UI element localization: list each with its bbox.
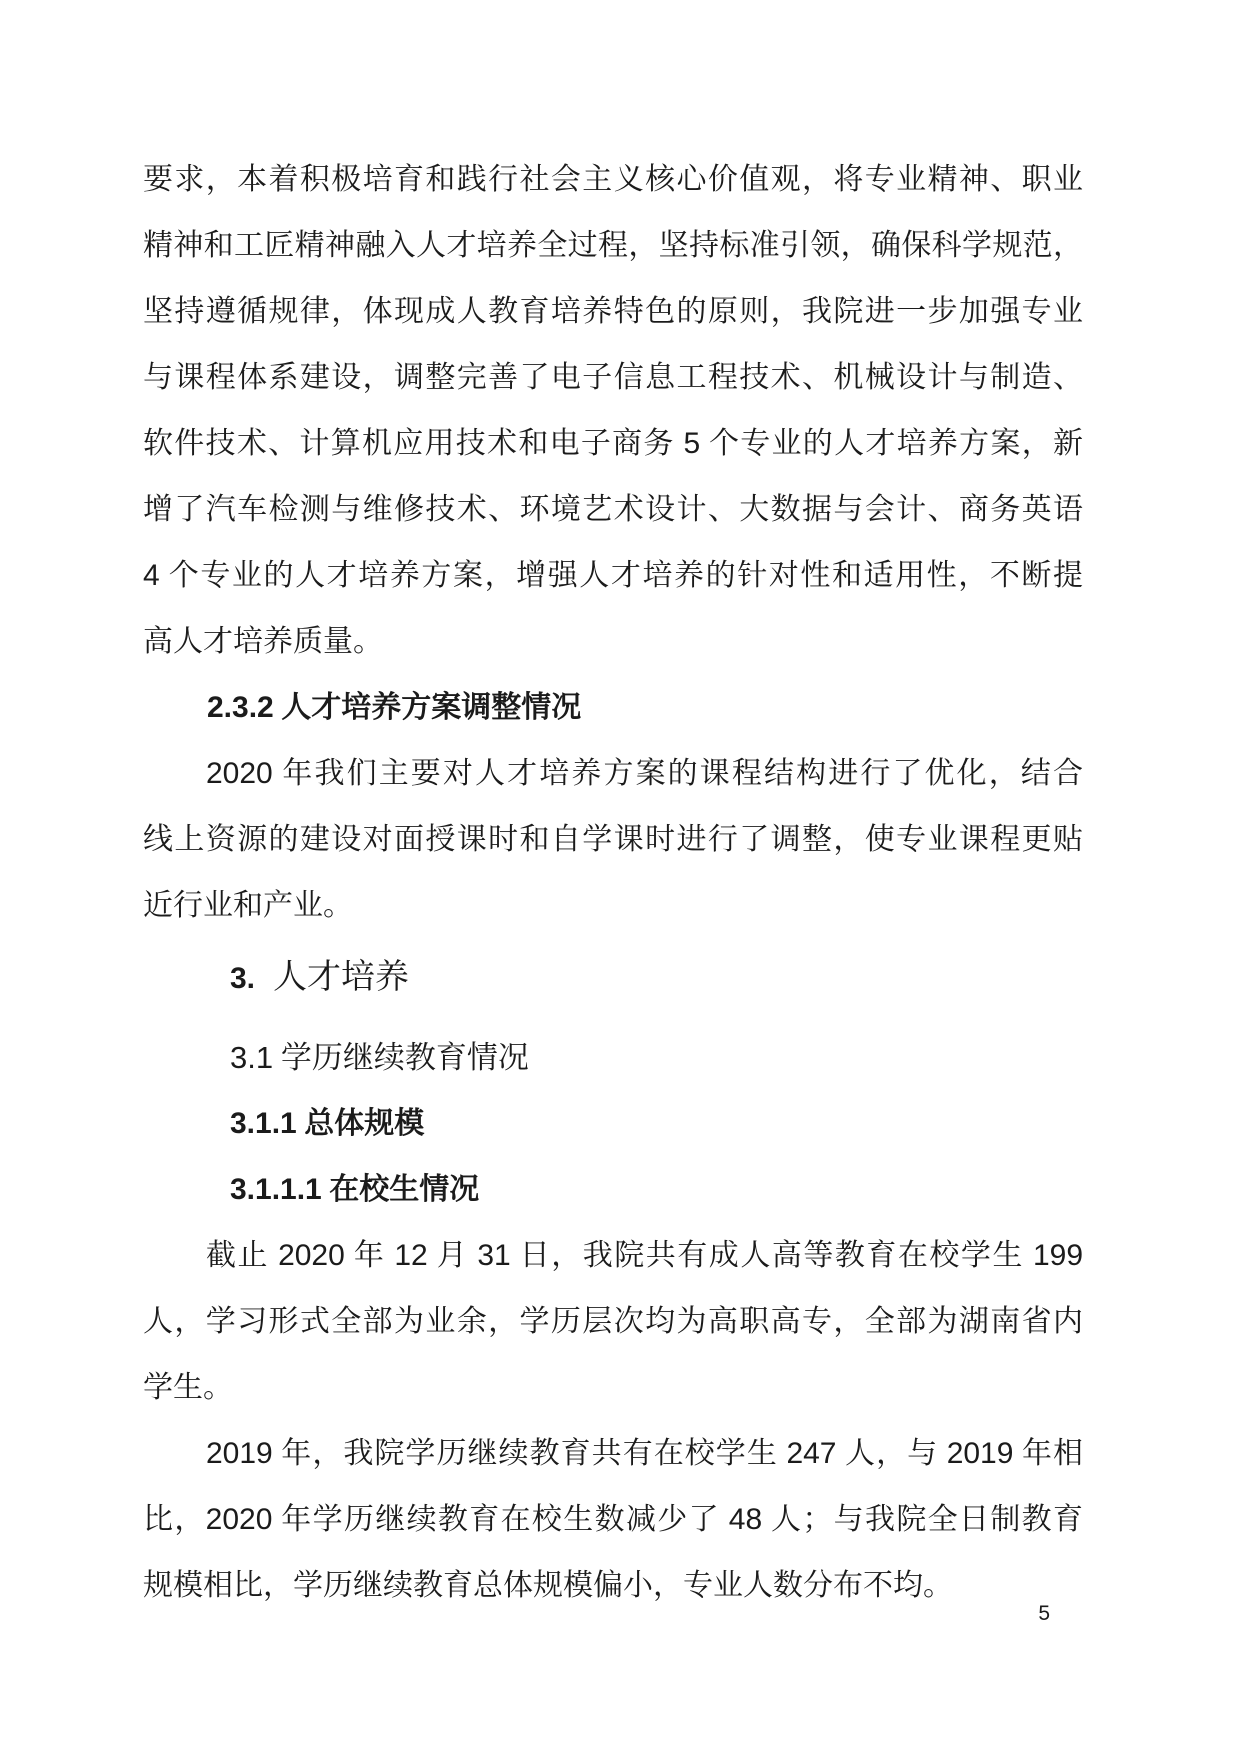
number-text: 31 xyxy=(477,1239,510,1272)
text-line: 截止 2020 年 12 月 31 日，我院共有成人高等教育在校学生 199 xyxy=(143,1223,1083,1289)
number-text: 48 xyxy=(729,1503,762,1536)
number-text: 5 xyxy=(684,427,701,460)
number-text: 2019 xyxy=(947,1437,1014,1470)
heading-3-title: 人才培养 xyxy=(273,959,409,996)
document-body: 要求，本着积极培育和践行社会主义核心价值观，将专业精神、职业精神和工匠精神融入人… xyxy=(143,147,1083,1619)
text-line: 4 个专业的人才培养方案，增强人才培养的针对性和适用性，不断提 xyxy=(143,543,1083,609)
number-text: 2.3.2 xyxy=(207,691,274,724)
paragraph-enrollment-2020: 截止 2020 年 12 月 31 日，我院共有成人高等教育在校学生 199人，… xyxy=(143,1223,1083,1421)
heading-3-number: 3. xyxy=(230,962,255,995)
paragraph-continuation: 要求，本着积极培育和践行社会主义核心价值观，将专业精神、职业精神和工匠精神融入人… xyxy=(143,147,1083,675)
text-line: 2020 年我们主要对人才培养方案的课程结构进行了优化，结合 xyxy=(143,741,1083,807)
number-text: 199 xyxy=(1033,1239,1083,1272)
text-line: 与课程体系建设，调整完善了电子信息工程技术、机械设计与制造、 xyxy=(143,345,1083,411)
text-line: 增了汽车检测与维修技术、环境艺术设计、大数据与会计、商务英语 xyxy=(143,477,1083,543)
text-line: 比，2020 年学历继续教育在校生数减少了 48 人；与我院全日制教育 xyxy=(143,1487,1083,1553)
number-text: 247 xyxy=(786,1437,836,1470)
number-text: 2020 xyxy=(206,757,273,790)
text-line: 高人才培养质量。 xyxy=(143,609,1083,675)
page-footer: 5 xyxy=(143,1600,1083,1628)
heading-3-1-1: 3.1.1 总体规模 xyxy=(143,1091,1083,1157)
number-text: 4 xyxy=(143,559,160,592)
number-text: 2019 xyxy=(206,1437,273,1470)
number-text: 3.1.1 xyxy=(230,1107,297,1140)
text-line: 线上资源的建设对面授课时和自学课时进行了调整，使专业课程更贴 xyxy=(143,807,1083,873)
text-line: 2019 年，我院学历继续教育共有在校学生 247 人，与 2019 年相 xyxy=(143,1421,1083,1487)
number-text: 3. xyxy=(230,962,255,995)
number-text: 3.1.1.1 xyxy=(230,1173,322,1206)
text-line: 软件技术、计算机应用技术和电子商务 5 个专业的人才培养方案，新 xyxy=(143,411,1083,477)
number-text: 3.1 xyxy=(230,1040,273,1075)
heading-2-3-2: 2.3.2 人才培养方案调整情况 xyxy=(143,675,1083,741)
text-line: 精神和工匠精神融入人才培养全过程，坚持标准引领，确保科学规范， xyxy=(143,213,1083,279)
text-line: 学生。 xyxy=(143,1355,1083,1421)
number-text: 2020 xyxy=(206,1503,273,1536)
text-line: 要求，本着积极培育和践行社会主义核心价值观，将专业精神、职业 xyxy=(143,147,1083,213)
number-text: 5 xyxy=(1038,1602,1050,1625)
heading-3-1-1-1: 3.1.1.1 在校生情况 xyxy=(143,1157,1083,1223)
number-text: 2020 xyxy=(278,1239,345,1272)
text-line: 近行业和产业。 xyxy=(143,873,1083,939)
heading-3: 3.人才培养 xyxy=(143,945,1083,1011)
paragraph-enrollment-2019: 2019 年，我院学历继续教育共有在校学生 247 人，与 2019 年相比，2… xyxy=(143,1421,1083,1619)
heading-3-1: 3.1 学历继续教育情况 xyxy=(143,1025,1083,1091)
text-line: 人，学习形式全部为业余，学历层次均为高职高专，全部为湖南省内 xyxy=(143,1289,1083,1355)
document-page: { "content": { "p1": { "lines": [ "要求，本着… xyxy=(0,0,1240,1754)
paragraph-plan-adjustment: 2020 年我们主要对人才培养方案的课程结构进行了优化，结合线上资源的建设对面授… xyxy=(143,741,1083,939)
text-line: 坚持遵循规律，体现成人教育培养特色的原则，我院进一步加强专业 xyxy=(143,279,1083,345)
page-number: 5 xyxy=(1038,1602,1050,1625)
number-text: 12 xyxy=(394,1239,427,1272)
